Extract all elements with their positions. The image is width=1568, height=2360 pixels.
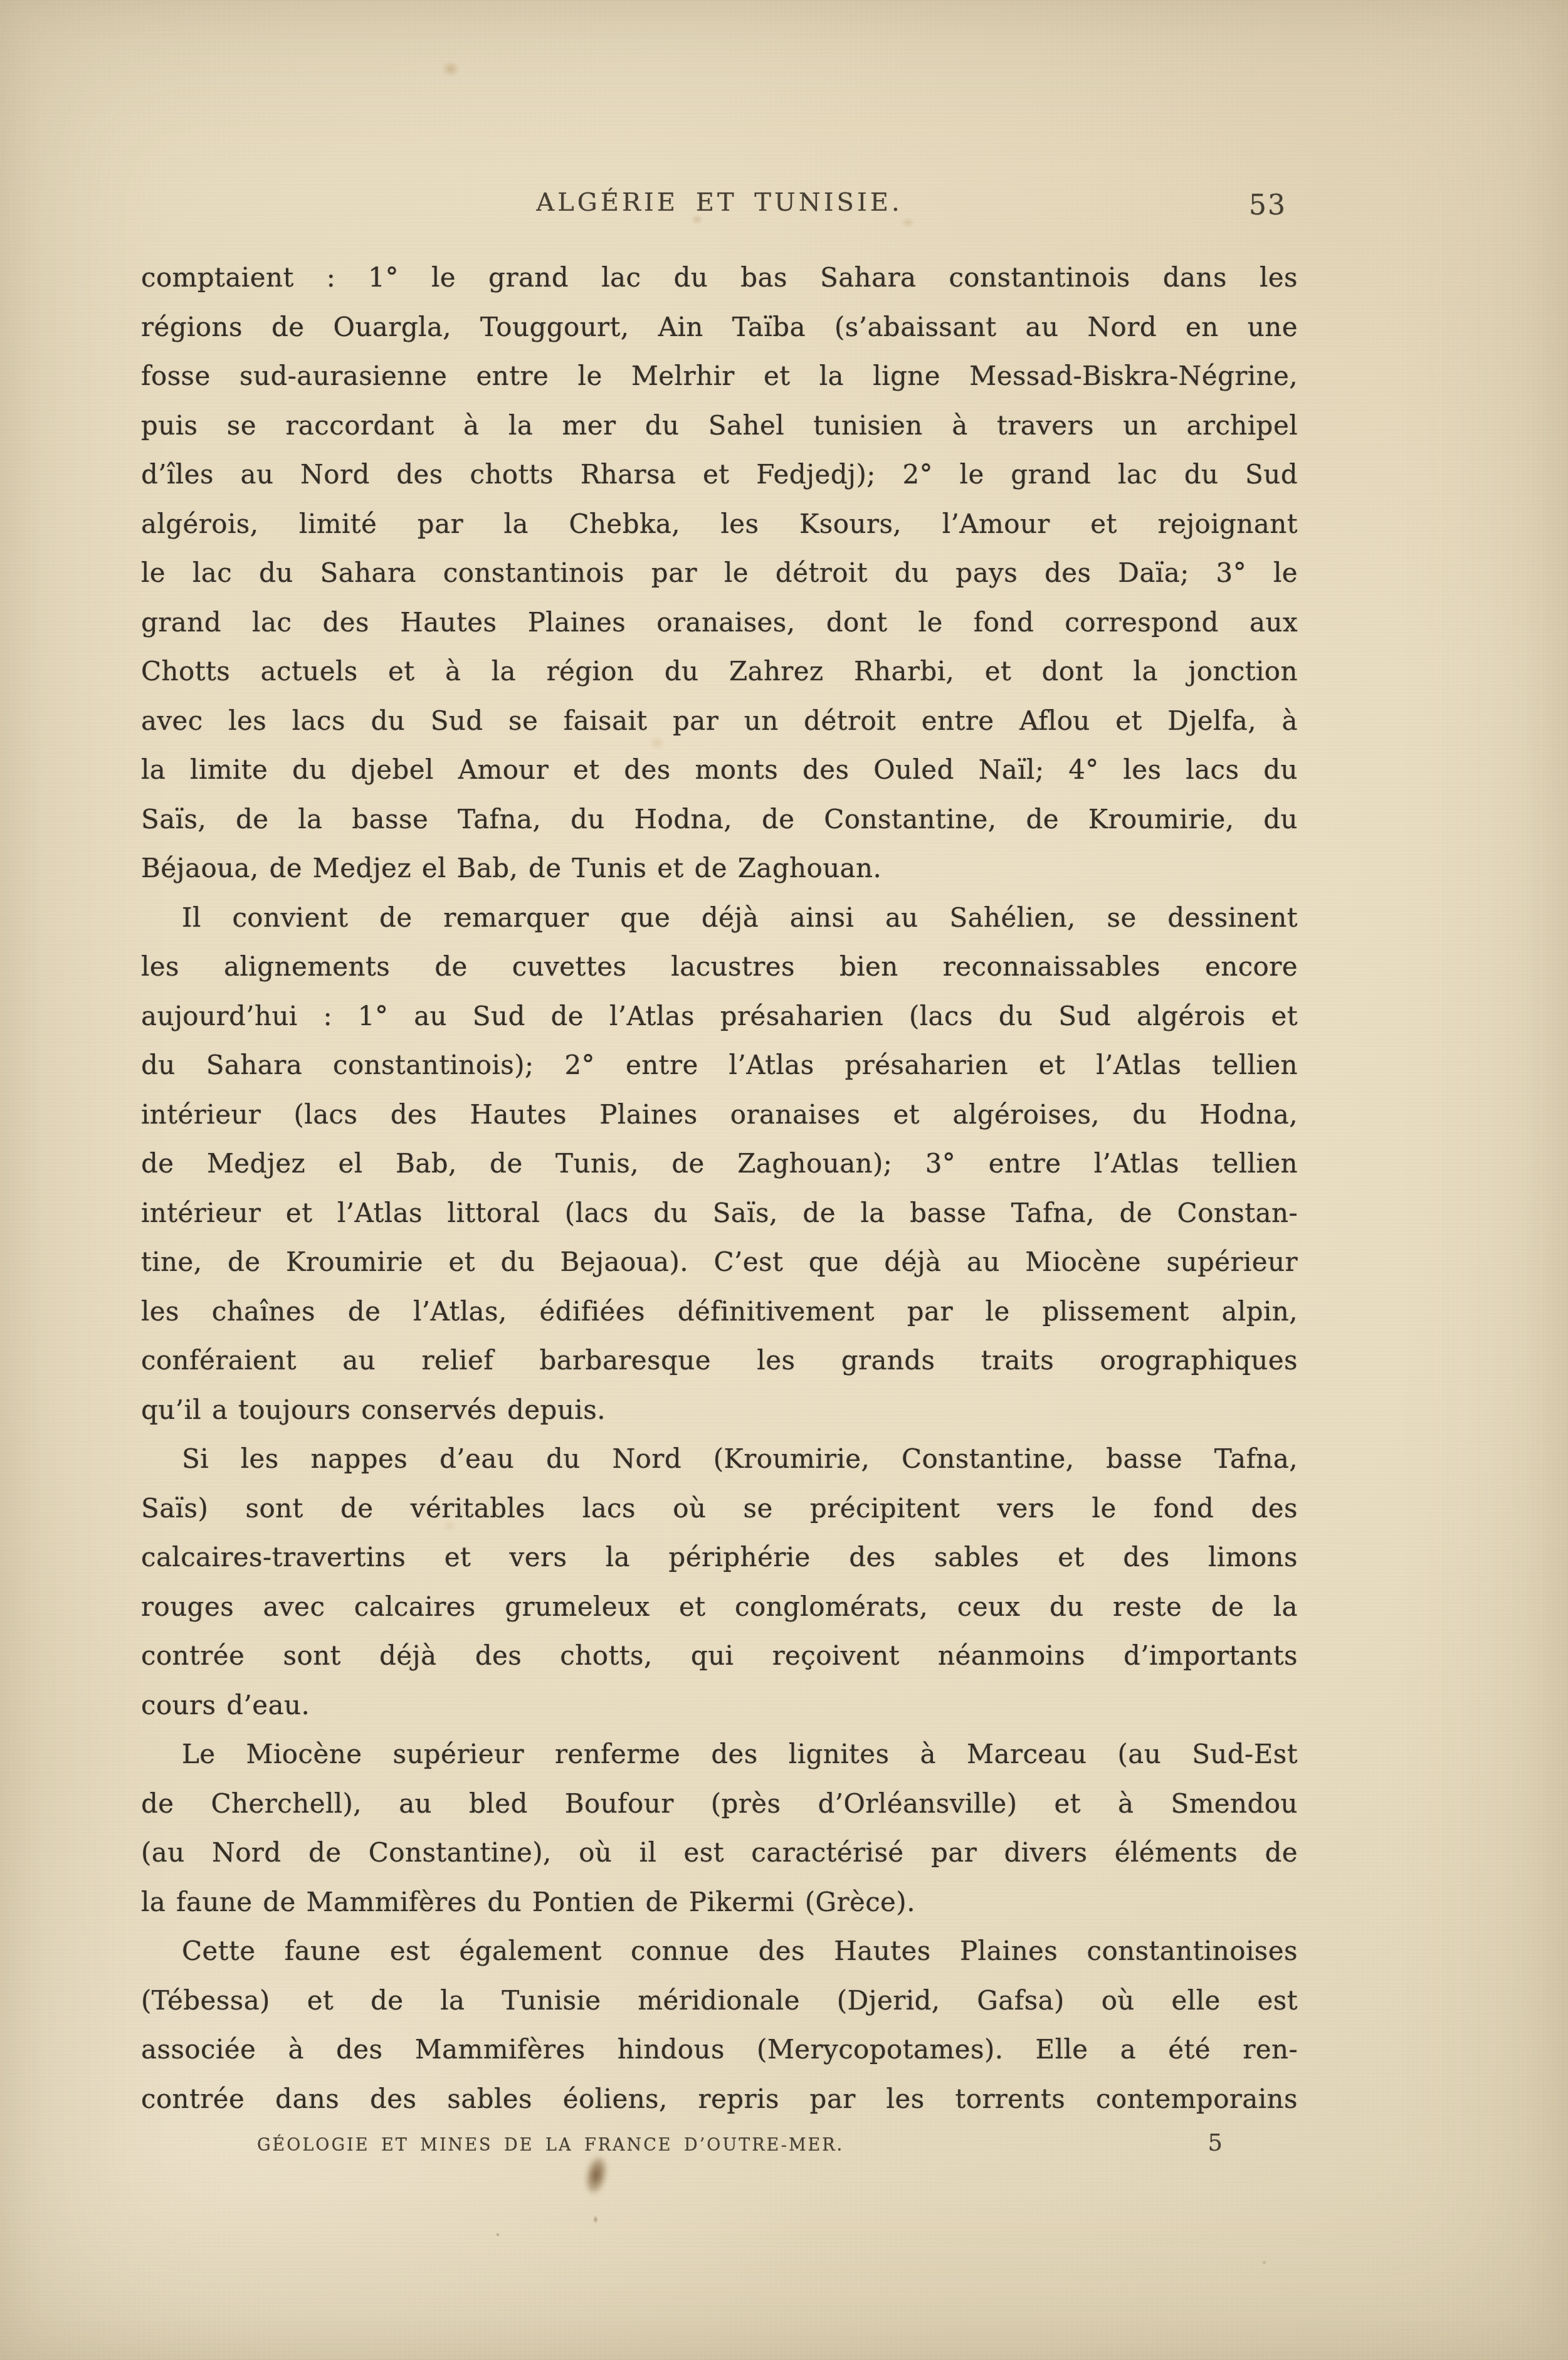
text-line: les chaînes de l’Atlas, édifiées définit… — [141, 1287, 1298, 1337]
text-line: Le Miocène supérieur renferme des lignit… — [141, 1730, 1298, 1779]
running-header: ALGÉRIE ET TUNISIE. 53 — [141, 188, 1298, 228]
text-line: cours d’eau. — [141, 1681, 1298, 1730]
text-line: la faune de Mammifères du Pontien de Pik… — [141, 1878, 1298, 1927]
text-line: calcaires-travertins et vers la périphér… — [141, 1533, 1298, 1583]
text-line: Saïs, de la basse Tafna, du Hodna, de Co… — [141, 795, 1298, 845]
ink-smudge — [592, 2215, 599, 2225]
paper-speck — [495, 2232, 500, 2237]
text-line: rouges avec calcaires grumeleux et congl… — [141, 1583, 1298, 1632]
paragraph: Le Miocène supérieur renferme des lignit… — [141, 1730, 1298, 1927]
text-line: contrée dans des sables éoliens, repris … — [141, 2075, 1298, 2124]
text-line: du Sahara constantinois); 2° entre l’Atl… — [141, 1041, 1298, 1090]
text-line: intérieur et l’Atlas littoral (lacs du S… — [141, 1189, 1298, 1238]
text-line: régions de Ouargla, Touggourt, Ain Taïba… — [141, 303, 1298, 352]
paper-speck — [1261, 2260, 1267, 2265]
text-line: algérois, limité par la Chebka, les Ksou… — [141, 500, 1298, 549]
paragraph: Il convient de remarquer que déjà ainsi … — [141, 893, 1298, 1435]
text-line: aujourd’hui : 1° au Sud de l’Atlas présa… — [141, 992, 1298, 1041]
text-line: la limite du djebel Amour et des monts d… — [141, 745, 1298, 795]
paper-stain — [438, 58, 464, 80]
text-line: qu’il a toujours conservés depuis. — [141, 1386, 1298, 1435]
footer-sheet-number: 5 — [1208, 2129, 1223, 2156]
text-line: associée à des Mammifères hindous (Meryc… — [141, 2025, 1298, 2075]
text-line: grand lac des Hautes Plaines oranaises, … — [141, 598, 1298, 648]
text-line: intérieur (lacs des Hautes Plaines orana… — [141, 1090, 1298, 1140]
paragraph: Cette faune est également connue des Hau… — [141, 1927, 1298, 2124]
text-line: fosse sud-aurasienne entre le Melrhir et… — [141, 352, 1298, 401]
text-line: conféraient au relief barbaresque les gr… — [141, 1336, 1298, 1386]
text-line: Si les nappes d’eau du Nord (Kroumirie, … — [141, 1435, 1298, 1484]
text-line: de Medjez el Bab, de Tunis, de Zaghouan)… — [141, 1139, 1298, 1189]
text-line: Saïs) sont de véritables lacs où se préc… — [141, 1484, 1298, 1534]
text-line: (Tébessa) et de la Tunisie méridionale (… — [141, 1976, 1298, 2026]
text-line: puis se raccordant à la mer du Sahel tun… — [141, 401, 1298, 451]
book-page-scan: ALGÉRIE ET TUNISIE. 53 comptaient : 1° l… — [0, 0, 1568, 2360]
page-number: 53 — [1249, 189, 1286, 221]
footer-signature: GÉOLOGIE ET MINES DE LA FRANCE D’OUTRE-M… — [257, 2136, 844, 2155]
text-line: le lac du Sahara constantinois par le dé… — [141, 549, 1298, 598]
text-line: comptaient : 1° le grand lac du bas Saha… — [141, 253, 1298, 303]
text-line: Il convient de remarquer que déjà ainsi … — [141, 893, 1298, 943]
text-line: les alignements de cuvettes lacustres bi… — [141, 942, 1298, 992]
text-line: tine, de Kroumirie et du Bejaoua). C’est… — [141, 1238, 1298, 1287]
paragraph: Si les nappes d’eau du Nord (Kroumirie, … — [141, 1435, 1298, 1730]
text-line: d’îles au Nord des chotts Rharsa et Fedj… — [141, 450, 1298, 500]
running-header-title: ALGÉRIE ET TUNISIE. — [141, 188, 1298, 217]
page-body: comptaient : 1° le grand lac du bas Saha… — [141, 253, 1298, 2124]
text-line: contrée sont déjà des chotts, qui reçoiv… — [141, 1631, 1298, 1681]
paragraph: comptaient : 1° le grand lac du bas Saha… — [141, 253, 1298, 893]
text-line: de Cherchell), au bled Boufour (près d’O… — [141, 1779, 1298, 1829]
text-line: Béjaoua, de Medjez el Bab, de Tunis et d… — [141, 844, 1298, 893]
text-line: (au Nord de Constantine), où il est cara… — [141, 1828, 1298, 1878]
text-line: Cette faune est également connue des Hau… — [141, 1927, 1298, 1976]
text-line: Chotts actuels et à la région du Zahrez … — [141, 647, 1298, 697]
text-line: avec les lacs du Sud se faisait par un d… — [141, 697, 1298, 746]
page-footer: GÉOLOGIE ET MINES DE LA FRANCE D’OUTRE-M… — [141, 2129, 1298, 2167]
